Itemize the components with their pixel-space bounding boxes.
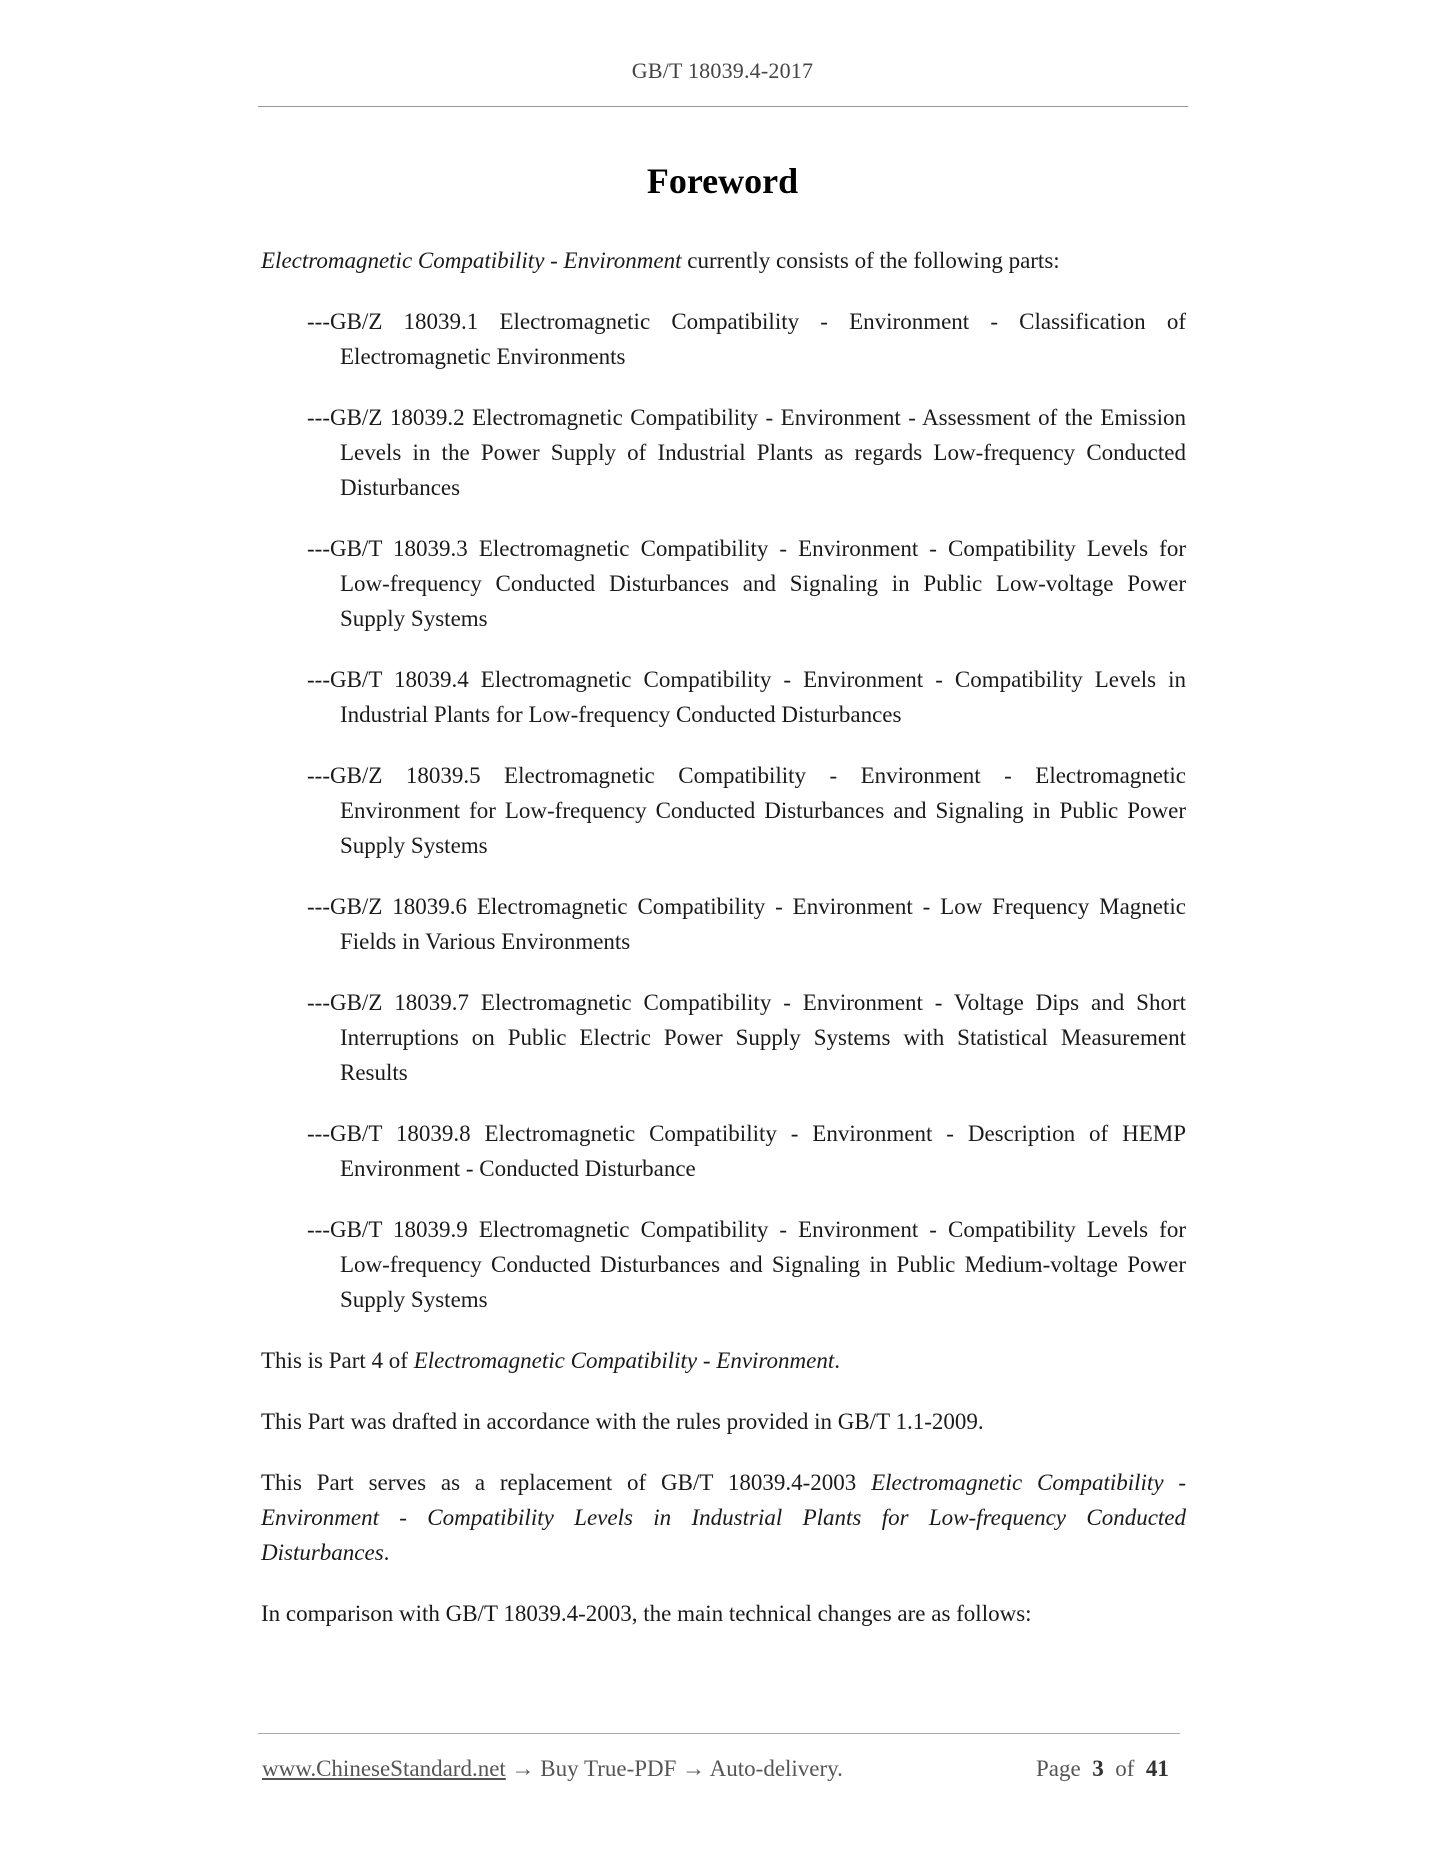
website-link[interactable]: www.ChineseStandard.net (262, 1756, 506, 1781)
page-total: 41 (1146, 1756, 1169, 1781)
parts-list: ---GB/Z 18039.1 Electromagnetic Compatib… (261, 304, 1186, 1317)
page-current: 3 (1092, 1756, 1104, 1781)
list-item: ---GB/T 18039.3 Electromagnetic Compatib… (307, 531, 1186, 636)
list-item: ---GB/Z 18039.7 Electromagnetic Compatib… (307, 985, 1186, 1090)
footer-divider (258, 1733, 1180, 1734)
replacement-statement: This Part serves as a replacement of GB/… (261, 1465, 1186, 1570)
replacement-prefix: This Part serves as a replacement of GB/… (261, 1470, 871, 1495)
list-item: ---GB/T 18039.9 Electromagnetic Compatib… (307, 1212, 1186, 1317)
series-title: Electromagnetic Compatibility - Environm… (414, 1348, 835, 1373)
list-item: ---GB/T 18039.8 Electromagnetic Compatib… (307, 1116, 1186, 1186)
list-item: ---GB/Z 18039.5 Electromagnetic Compatib… (307, 758, 1186, 863)
page-number: Page 3 of 41 (1036, 1756, 1169, 1782)
intro-paragraph: Electromagnetic Compatibility - Environm… (261, 243, 1186, 278)
foreword-body: Electromagnetic Compatibility - Environm… (261, 243, 1186, 1657)
footer-promo: www.ChineseStandard.net → Buy True-PDF →… (262, 1756, 843, 1782)
comparison-statement: In comparison with GB/T 18039.4-2003, th… (261, 1596, 1186, 1631)
page-title: Foreword (0, 160, 1445, 202)
list-item: ---GB/Z 18039.6 Electromagnetic Compatib… (307, 889, 1186, 959)
list-item: ---GB/Z 18039.2 Electromagnetic Compatib… (307, 400, 1186, 505)
intro-text: currently consists of the following part… (682, 248, 1060, 273)
part-statement-prefix: This is Part 4 of (261, 1348, 414, 1373)
replacement-suffix: . (384, 1540, 390, 1565)
page-of-label: of (1115, 1756, 1134, 1781)
header-divider (258, 106, 1188, 107)
footer-promo-text: → Buy True-PDF → Auto-delivery. (506, 1756, 843, 1781)
document-code-header: GB/T 18039.4-2017 (0, 58, 1445, 84)
list-item: ---GB/Z 18039.1 Electromagnetic Compatib… (307, 304, 1186, 374)
part-statement: This is Part 4 of Electromagnetic Compat… (261, 1343, 1186, 1378)
series-title: Electromagnetic Compatibility - Environm… (261, 248, 682, 273)
part-statement-suffix: . (834, 1348, 840, 1373)
page-label: Page (1036, 1756, 1081, 1781)
list-item: ---GB/T 18039.4 Electromagnetic Compatib… (307, 662, 1186, 732)
drafting-statement: This Part was drafted in accordance with… (261, 1404, 1186, 1439)
